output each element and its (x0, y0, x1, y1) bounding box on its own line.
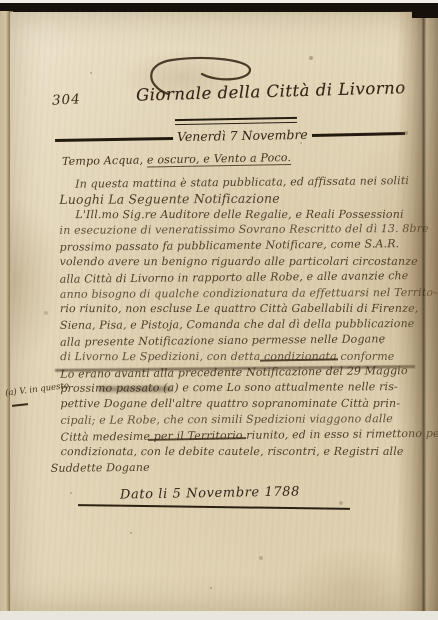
title-double-rule (175, 117, 297, 125)
body-line: Luoghi La Seguente Notificazione (49, 190, 401, 208)
date-heading-text: Venerdì 7 Novembre (173, 127, 312, 144)
heading-rule-right (312, 132, 405, 136)
ink-smudge (98, 386, 172, 392)
body-line: Città medesime per il Territorio riunito… (51, 426, 403, 445)
body-line: alla presente Notificazione siano permes… (50, 331, 402, 350)
page-number: 304 (52, 91, 82, 108)
date-heading: Venerdì 7 Novembre (55, 128, 405, 143)
manuscript-page: 304 Giornale della Città di Livorno Vene… (10, 12, 438, 611)
body-line: Suddette Dogane (51, 457, 403, 476)
heading-rule-left (55, 137, 173, 142)
photo-corner-black (412, 10, 438, 18)
dateline-rule (78, 504, 350, 510)
notification-body: In questa mattina è stata pubblicata, ed… (49, 174, 403, 476)
body-line: anno bisogno di qualche condizionatura d… (50, 285, 402, 303)
photo-top-border (0, 3, 438, 12)
body-line: di Livorno Le Spedizioni, con detta cond… (50, 349, 402, 365)
photo-bottom-border (0, 611, 438, 620)
page-fold-edge (396, 11, 438, 611)
weather-underlined: e oscuro, e Vento a Poco. (147, 151, 291, 168)
paper-speckles (10, 12, 12, 14)
body-line: L'Ill.mo Sig.re Auditore delle Regalie, … (49, 206, 401, 222)
body-line: volendo avere un benigno riguardo alle p… (50, 254, 402, 270)
weather-line: Tempo Acqua, e oscuro, e Vento a Poco. (62, 151, 291, 168)
body-line: prossimo passato fa pubblicamente Notifi… (50, 236, 402, 255)
body-line: pettive Dogane dell'altre quattro sopran… (50, 396, 402, 412)
dateline: Dato li 5 Novembre 1788 (50, 483, 370, 504)
manuscript-photo: 304 Giornale della Città di Livorno Vene… (0, 0, 438, 620)
body-line: rio riunito, non escluse Le quattro Citt… (50, 301, 402, 317)
weather-prefix: Tempo Acqua, (62, 154, 147, 168)
